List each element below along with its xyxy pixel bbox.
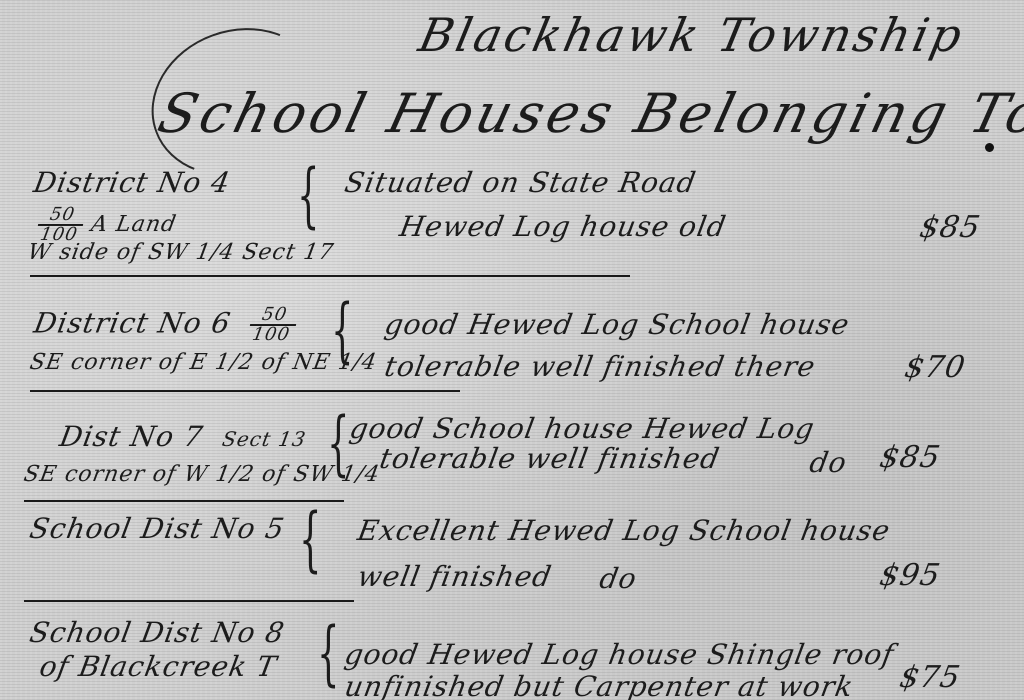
entry-4-ditto-mark: do <box>597 562 640 595</box>
entry-4-description-line2: well finished <box>355 560 554 593</box>
entry-1-description-line1: Situated on State Road <box>342 166 699 199</box>
entry-5-brace: { <box>317 618 339 688</box>
entry-3-section: Sect 13 <box>220 427 308 451</box>
entry-1-description-line2: Hewed Log house old <box>397 210 729 243</box>
entry-5-district: School Dist No 8 <box>27 616 287 649</box>
entry-5-description-line2: unfinished but Carpenter at work <box>342 670 856 700</box>
entry-2-land-fraction: 50 100 <box>247 306 299 344</box>
entry-5-location: of Blackcreek T <box>37 650 280 683</box>
entry-4-district: School Dist No 5 <box>27 512 287 545</box>
entry-3-brace: { <box>327 408 349 478</box>
entry-1-land: 50 100 A Land <box>35 206 180 244</box>
entry-3-description-line1: good School house Hewed Log <box>347 412 817 445</box>
entry-divider <box>30 390 460 392</box>
scanned-ledger-page: Blackhawk Township School Houses Belongi… <box>0 0 1024 700</box>
entry-3-district: Dist No 7 Sect 13 <box>57 420 309 453</box>
entry-1-district: District No 4 <box>31 166 233 199</box>
entry-divider <box>24 500 344 502</box>
entry-5-value: $75 <box>897 660 963 695</box>
entry-4-description-line1: Excellent Hewed Log School house <box>355 514 893 547</box>
entry-2-value: $70 <box>902 350 968 385</box>
page-title: School Houses Belonging To <box>152 82 1024 145</box>
entry-5-description-line1: good Hewed Log house Shingle roof <box>342 638 897 671</box>
entry-3-description-line2: tolerable well finished <box>377 442 722 475</box>
entry-3-ditto-mark: do <box>807 446 850 479</box>
entry-4-value: $95 <box>877 558 943 593</box>
township-heading: Blackhawk Township <box>414 8 969 62</box>
entry-2-district: District No 6 50 100 <box>31 306 307 344</box>
entry-1-land-fraction: 50 100 <box>35 206 87 244</box>
entry-1-location: W side of SW 1/4 Sect 17 <box>26 240 336 265</box>
entry-1-value: $85 <box>917 210 983 245</box>
entry-2-description-line2: tolerable well finished there <box>382 350 818 383</box>
ink-blot <box>985 143 994 152</box>
entry-divider <box>24 600 354 602</box>
entry-2-location: SE corner of E 1/2 of NE 1/4 <box>28 350 379 375</box>
entry-4-brace: { <box>299 504 321 574</box>
entry-2-brace: { <box>331 295 353 365</box>
entry-2-description-line1: good Hewed Log School house <box>382 308 852 341</box>
entry-3-value: $85 <box>877 440 943 475</box>
entry-divider <box>30 275 630 277</box>
entry-1-brace: { <box>297 160 319 230</box>
